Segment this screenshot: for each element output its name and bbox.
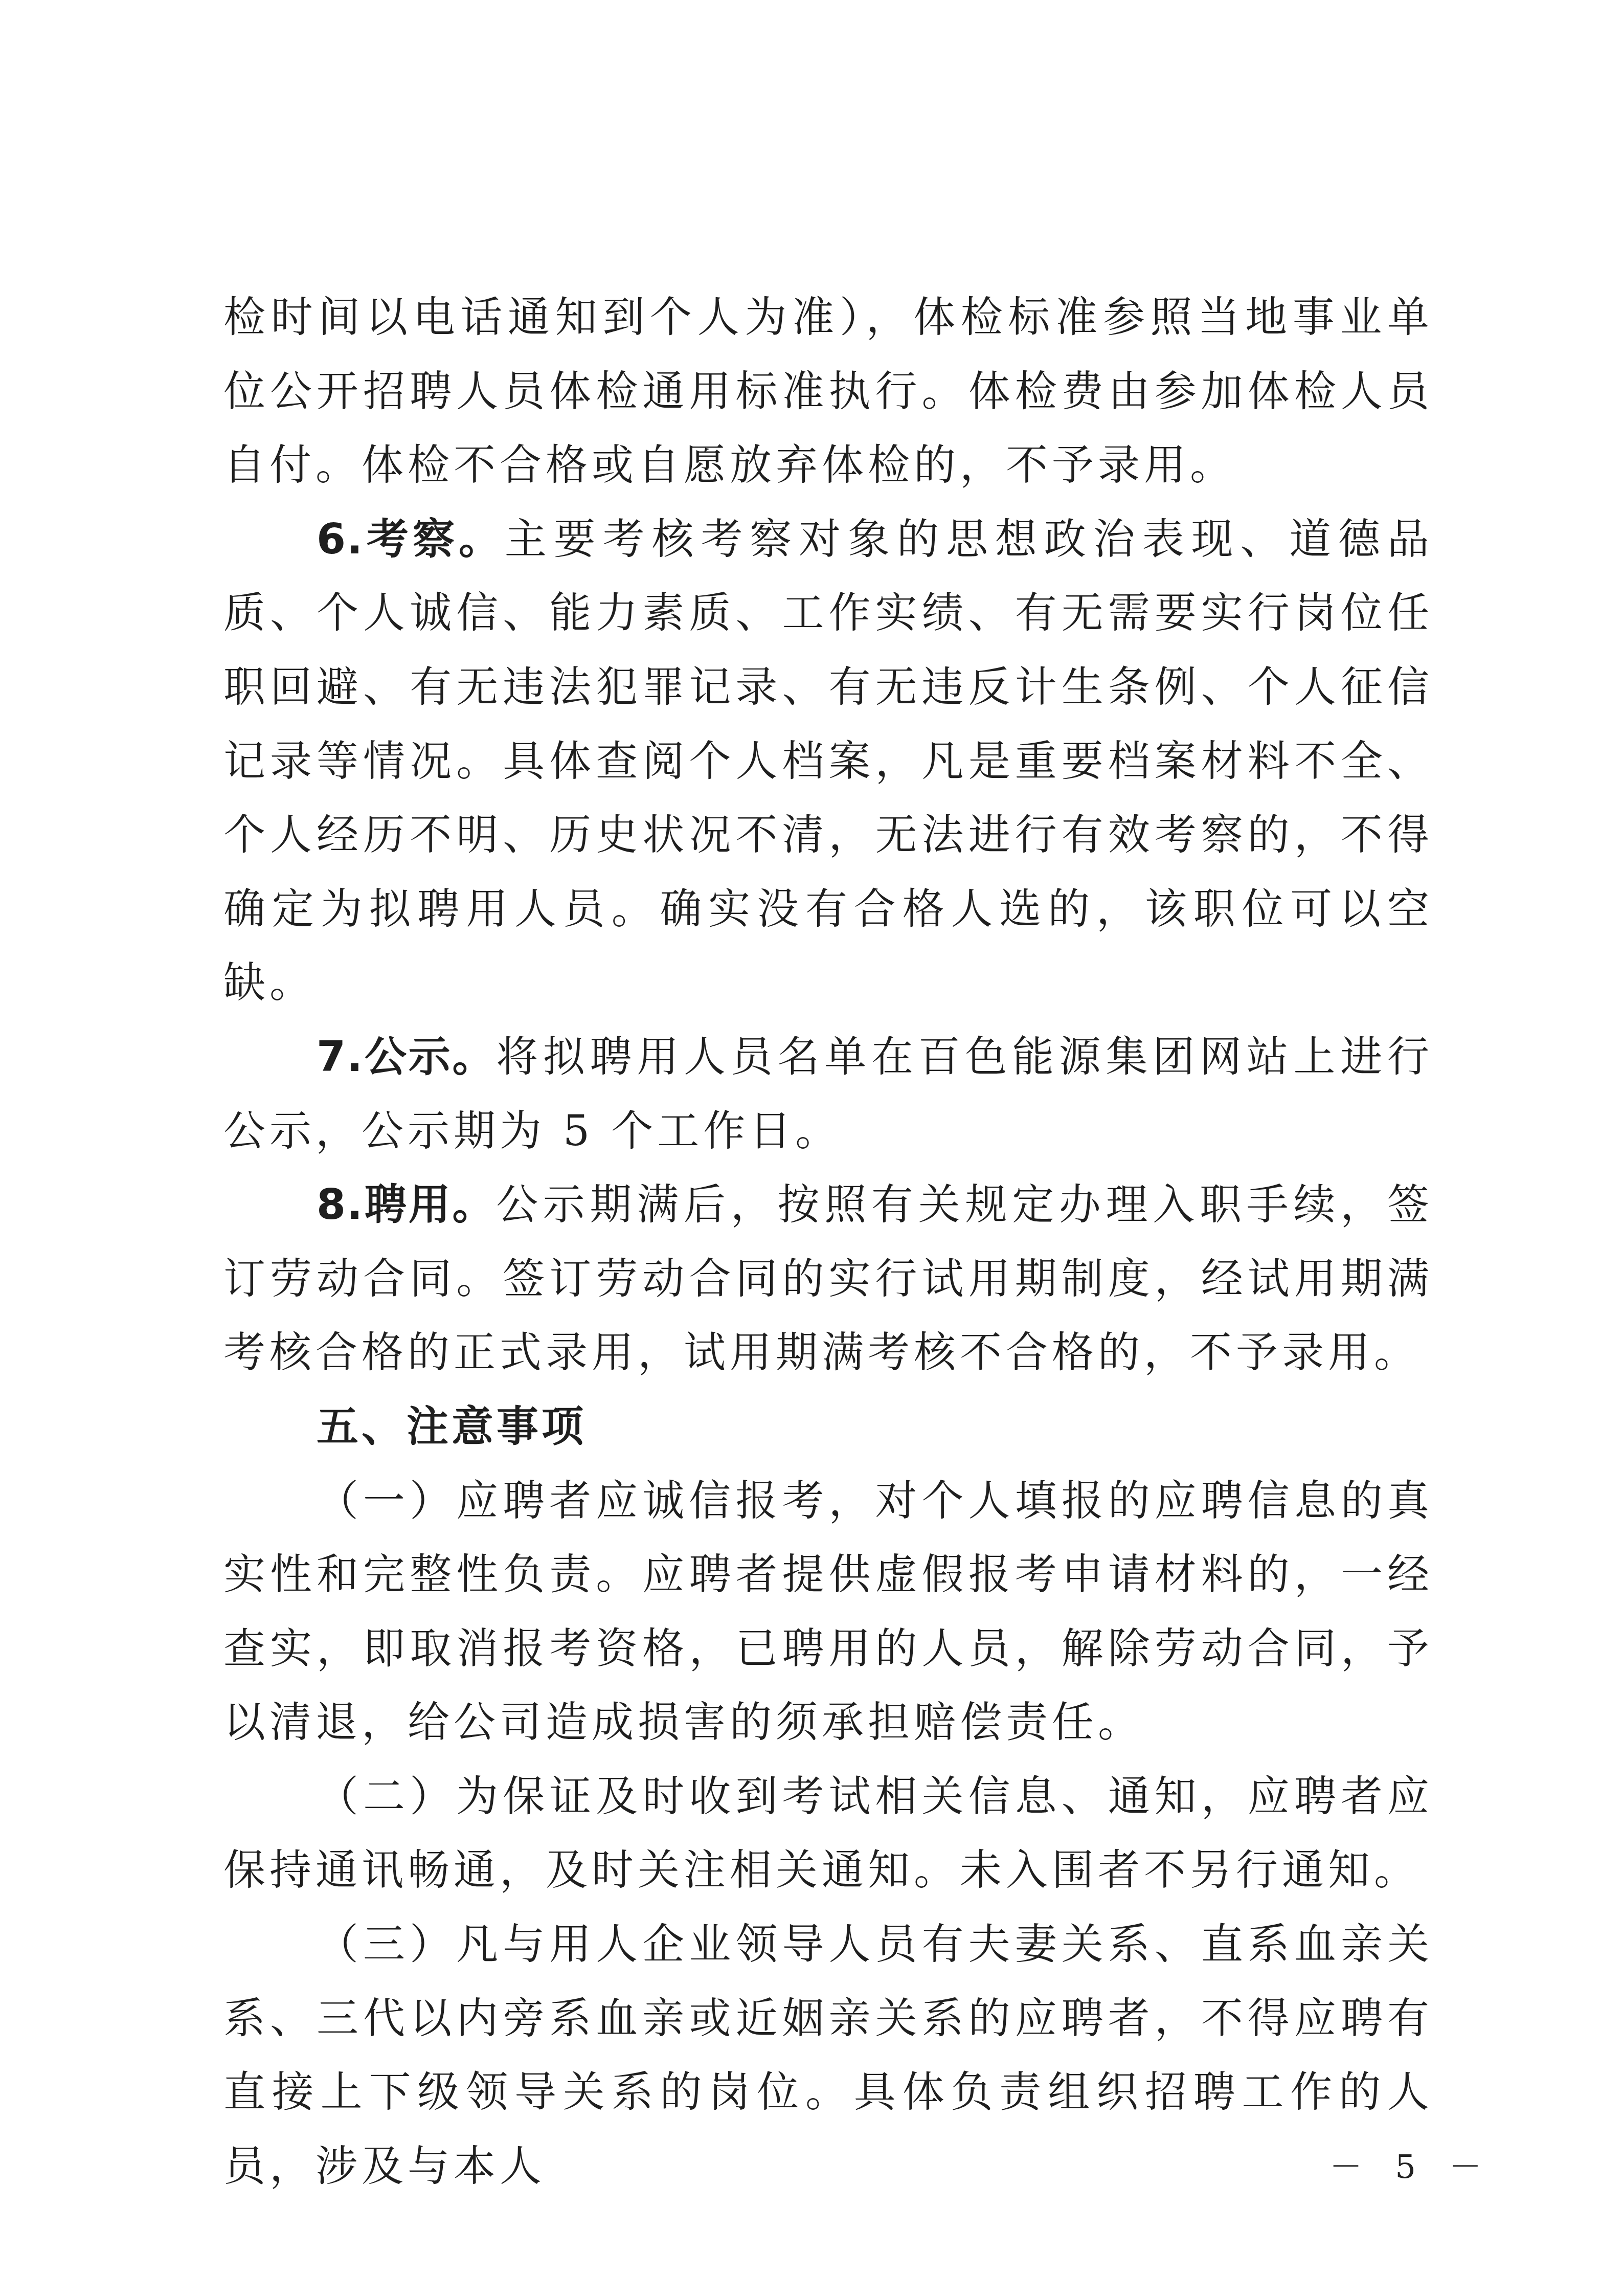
page-number: － 5 － (1329, 2141, 1493, 2188)
step-7-lead: 7.公示。 (317, 1033, 496, 1081)
paragraph-step-7-publicity: 7.公示。将拟聘用人员名单在百色能源集团网站上进行公示，公示期为 5 个工作日。 (223, 1020, 1433, 1168)
note-item-1: （一）应聘者应诚信报考，对个人填报的应聘信息的真实性和完整性负责。应聘者提供虚假… (223, 1464, 1433, 1760)
step-8-lead: 8.聘用。 (317, 1180, 496, 1229)
paragraph-step-6-inspection: 6.考察。主要考核考察对象的思想政治表现、道德品质、个人诚信、能力素质、工作实绩… (223, 503, 1433, 1020)
note-item-3: （三）凡与用人企业领导人员有夫妻关系、直系血亲关系、三代以内旁系血亲或近姻亲关系… (223, 1908, 1433, 2203)
paragraph-step-8-employment: 8.聘用。公示期满后，按照有关规定办理入职手续，签订劳动合同。签订劳动合同的实行… (223, 1168, 1433, 1390)
note-item-2: （二）为保证及时收到考试相关信息、通知，应聘者应保持通讯畅通，及时关注相关通知。… (223, 1760, 1433, 1908)
document-page-body: 检时间以电话通知到个人为准），体检标准参照当地事业单位公开招聘人员体检通用标准执… (223, 281, 1433, 2203)
paragraph-medical-exam-continued: 检时间以电话通知到个人为准），体检标准参照当地事业单位公开招聘人员体检通用标准执… (223, 281, 1433, 503)
paragraph-text: 主要考核考察对象的思想政治表现、道德品质、个人诚信、能力素质、工作实绩、有无需要… (223, 515, 1433, 1008)
paragraph-text: 检时间以电话通知到个人为准），体检标准参照当地事业单位公开招聘人员体检通用标准执… (223, 293, 1433, 489)
section-heading-notes: 五、注意事项 (223, 1390, 1433, 1464)
step-6-lead: 6.考察。 (317, 515, 505, 564)
